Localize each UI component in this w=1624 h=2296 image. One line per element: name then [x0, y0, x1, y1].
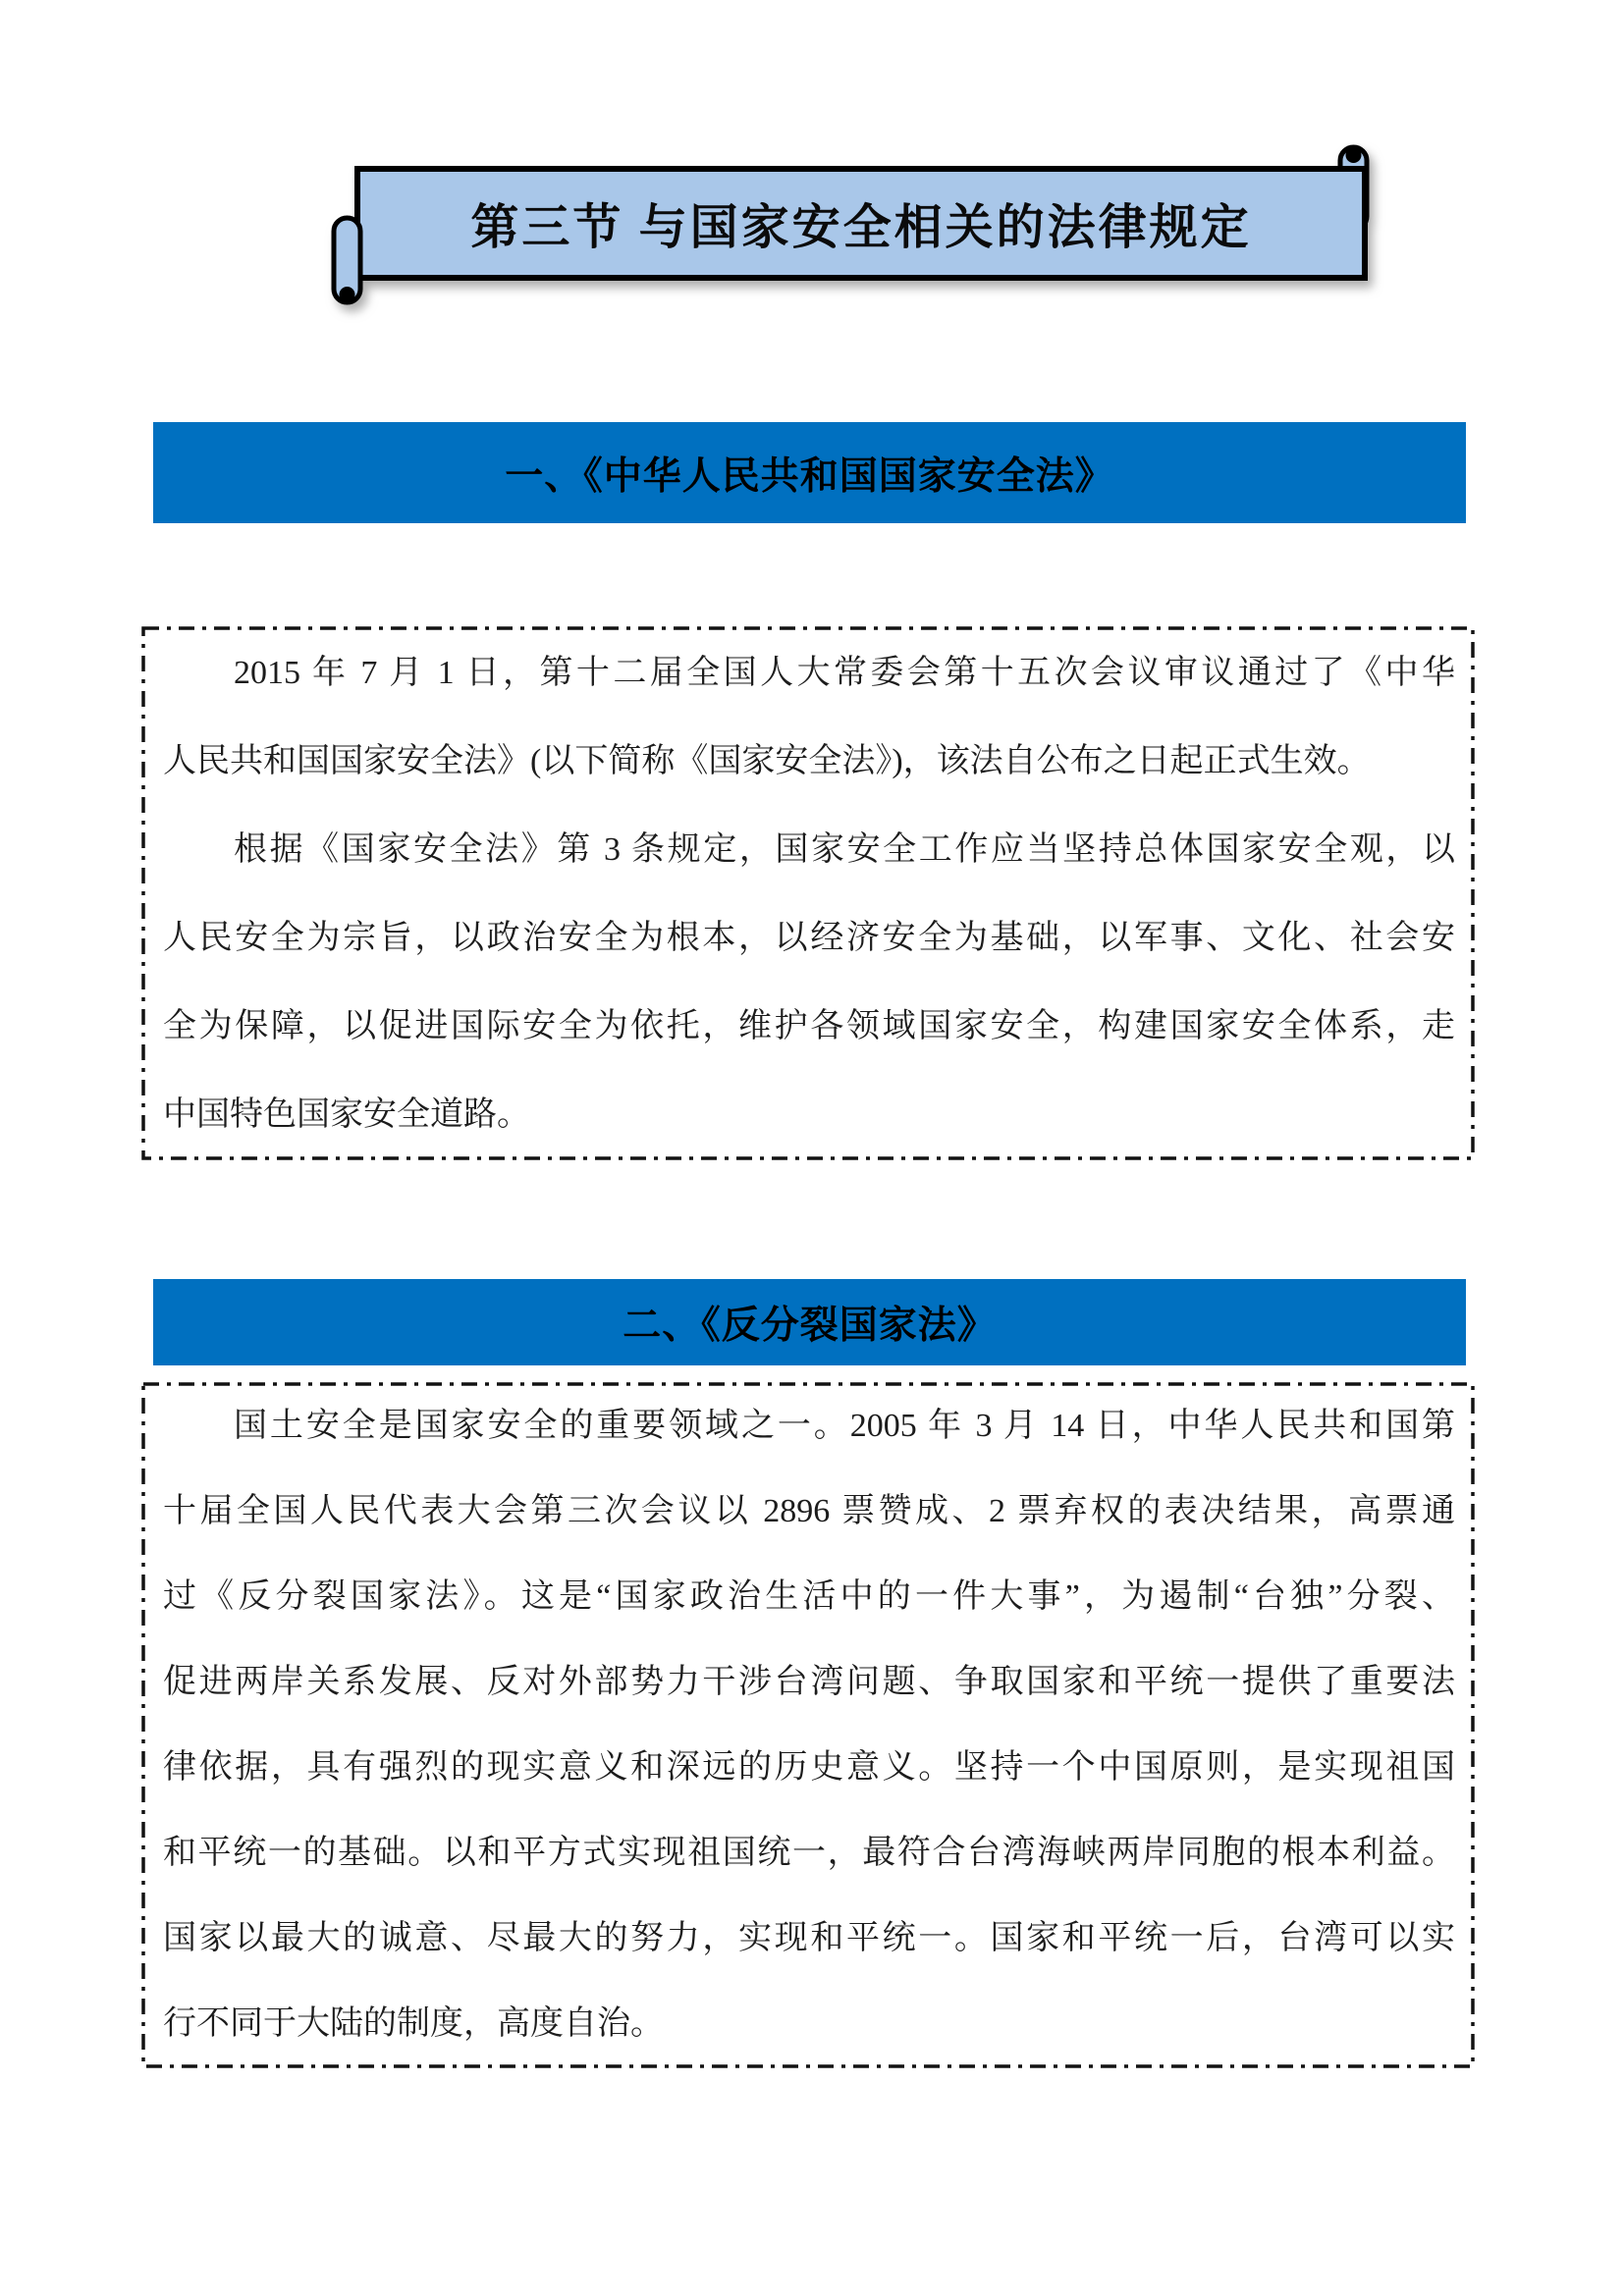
text-line: 人民共和国国家安全法》(以下简称《国家安全法》)，该法自公布之日起正式生效。: [163, 718, 1455, 806]
text-line: 根据《国家安全法》第 3 条规定，国家安全工作应当坚持总体国家安全观，以: [163, 806, 1455, 894]
text-line: 十届全国人民代表大会第三次会议以 2896 票赞成、2 票弃权的表决结果，高票通: [163, 1468, 1455, 1554]
text-line: 人民安全为宗旨，以政治安全为根本，以经济安全为基础，以军事、文化、社会安: [163, 894, 1455, 983]
text-line: 中国特色国家安全道路。: [163, 1071, 1455, 1159]
section-2-textbox: 国土安全是国家安全的重要领域之一。2005 年 3 月 14 日，中华人民共和国…: [141, 1382, 1475, 2068]
text-line: 过《反分裂国家法》。这是“国家政治生活中的一件大事”，为遏制“台独”分裂、: [163, 1554, 1455, 1639]
section-1-header-text: 一、《中华人民共和国国家安全法》: [505, 446, 1114, 501]
text-line: 2015 年 7 月 1 日，第十二届全国人大常委会第十五次会议审议通过了《中华: [163, 629, 1455, 718]
text-line: 国家以最大的诚意、尽最大的努力，实现和平统一。国家和平统一后，台湾可以实: [163, 1896, 1455, 1981]
scroll-banner: 第三节 与国家安全相关的法律规定: [331, 137, 1372, 319]
text-line: 国土安全是国家安全的重要领域之一。2005 年 3 月 14 日，中华人民共和国…: [163, 1383, 1455, 1468]
text-line: 促进两岸关系发展、反对外部势力干涉台湾问题、争取国家和平统一提供了重要法: [163, 1639, 1455, 1725]
text-line: 全为保障，以促进国际安全为依托，维护各领域国家安全，构建国家安全体系，走: [163, 983, 1455, 1071]
section-2-header-text: 二、《反分裂国家法》: [623, 1295, 997, 1350]
text-line: 和平统一的基础。以和平方式实现祖国统一，最符合台湾海峡两岸同胞的根本利益。: [163, 1810, 1455, 1896]
text-line: 行不同于大陆的制度，高度自治。: [163, 1981, 1455, 2066]
document-page: 第三节 与国家安全相关的法律规定 一、《中华人民共和国国家安全法》 2015 年…: [0, 0, 1624, 2296]
text-line: 律依据，具有强烈的现实意义和深远的历史意义。坚持一个中国原则，是实现祖国: [163, 1725, 1455, 1810]
section-1-header-bar: 一、《中华人民共和国国家安全法》: [153, 422, 1466, 523]
section-1-textbox: 2015 年 7 月 1 日，第十二届全国人大常委会第十五次会议审议通过了《中华…: [141, 626, 1475, 1160]
chapter-title: 第三节 与国家安全相关的法律规定: [357, 169, 1365, 278]
section-2-header-bar: 二、《反分裂国家法》: [153, 1279, 1466, 1365]
